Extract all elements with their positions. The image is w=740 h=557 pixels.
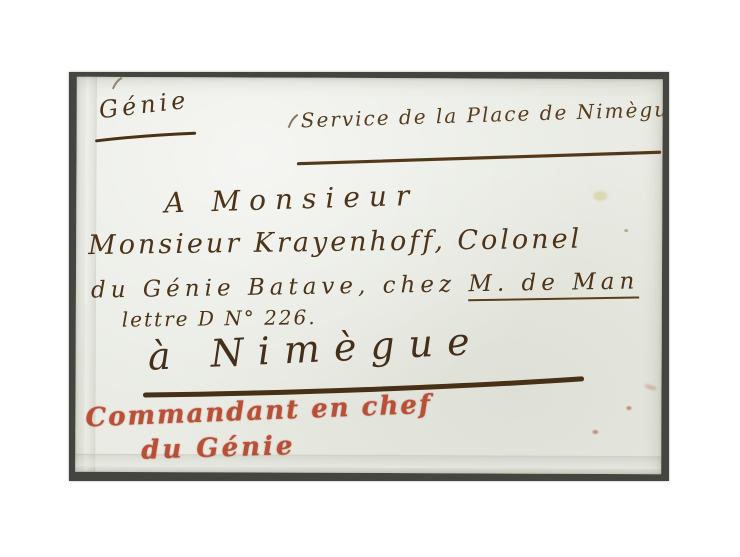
address-line-3: du Génie Batave, chez M. de Man	[91, 270, 640, 302]
red-ink-smear	[644, 383, 657, 391]
service-line-underline	[298, 151, 659, 166]
address-line-3-underlined: M. de Man	[468, 268, 639, 301]
letter-photograph: Génie Service de la Place de Nimègue A M…	[0, 0, 740, 557]
docket-genie: Génie	[98, 88, 191, 122]
address-line-3-prefix: du Génie Batave, chez	[91, 271, 469, 303]
handstamp-line-2: du Génie	[141, 433, 296, 464]
address-line-4: lettre D N° 226.	[122, 307, 317, 330]
service-line: Service de la Place de Nimègue	[300, 99, 662, 131]
red-ink-speck	[626, 406, 631, 410]
photo-frame: Génie Service de la Place de Nimègue A M…	[69, 72, 669, 481]
brown-ink-speck	[624, 229, 628, 232]
ink-comma-before-service	[289, 115, 298, 128]
handstamp-line-1: Commandant en chef	[85, 392, 433, 432]
address-line-1: A Monsieur	[164, 182, 419, 218]
address-line-2: Monsieur Krayenhoff, Colonel	[88, 226, 582, 259]
red-ink-speck	[592, 430, 598, 434]
docket-underline	[97, 133, 195, 141]
letter-paper: Génie Service de la Place de Nimègue A M…	[75, 77, 663, 475]
paper-stain	[593, 191, 607, 201]
ink-tick-above-docket	[113, 78, 122, 89]
